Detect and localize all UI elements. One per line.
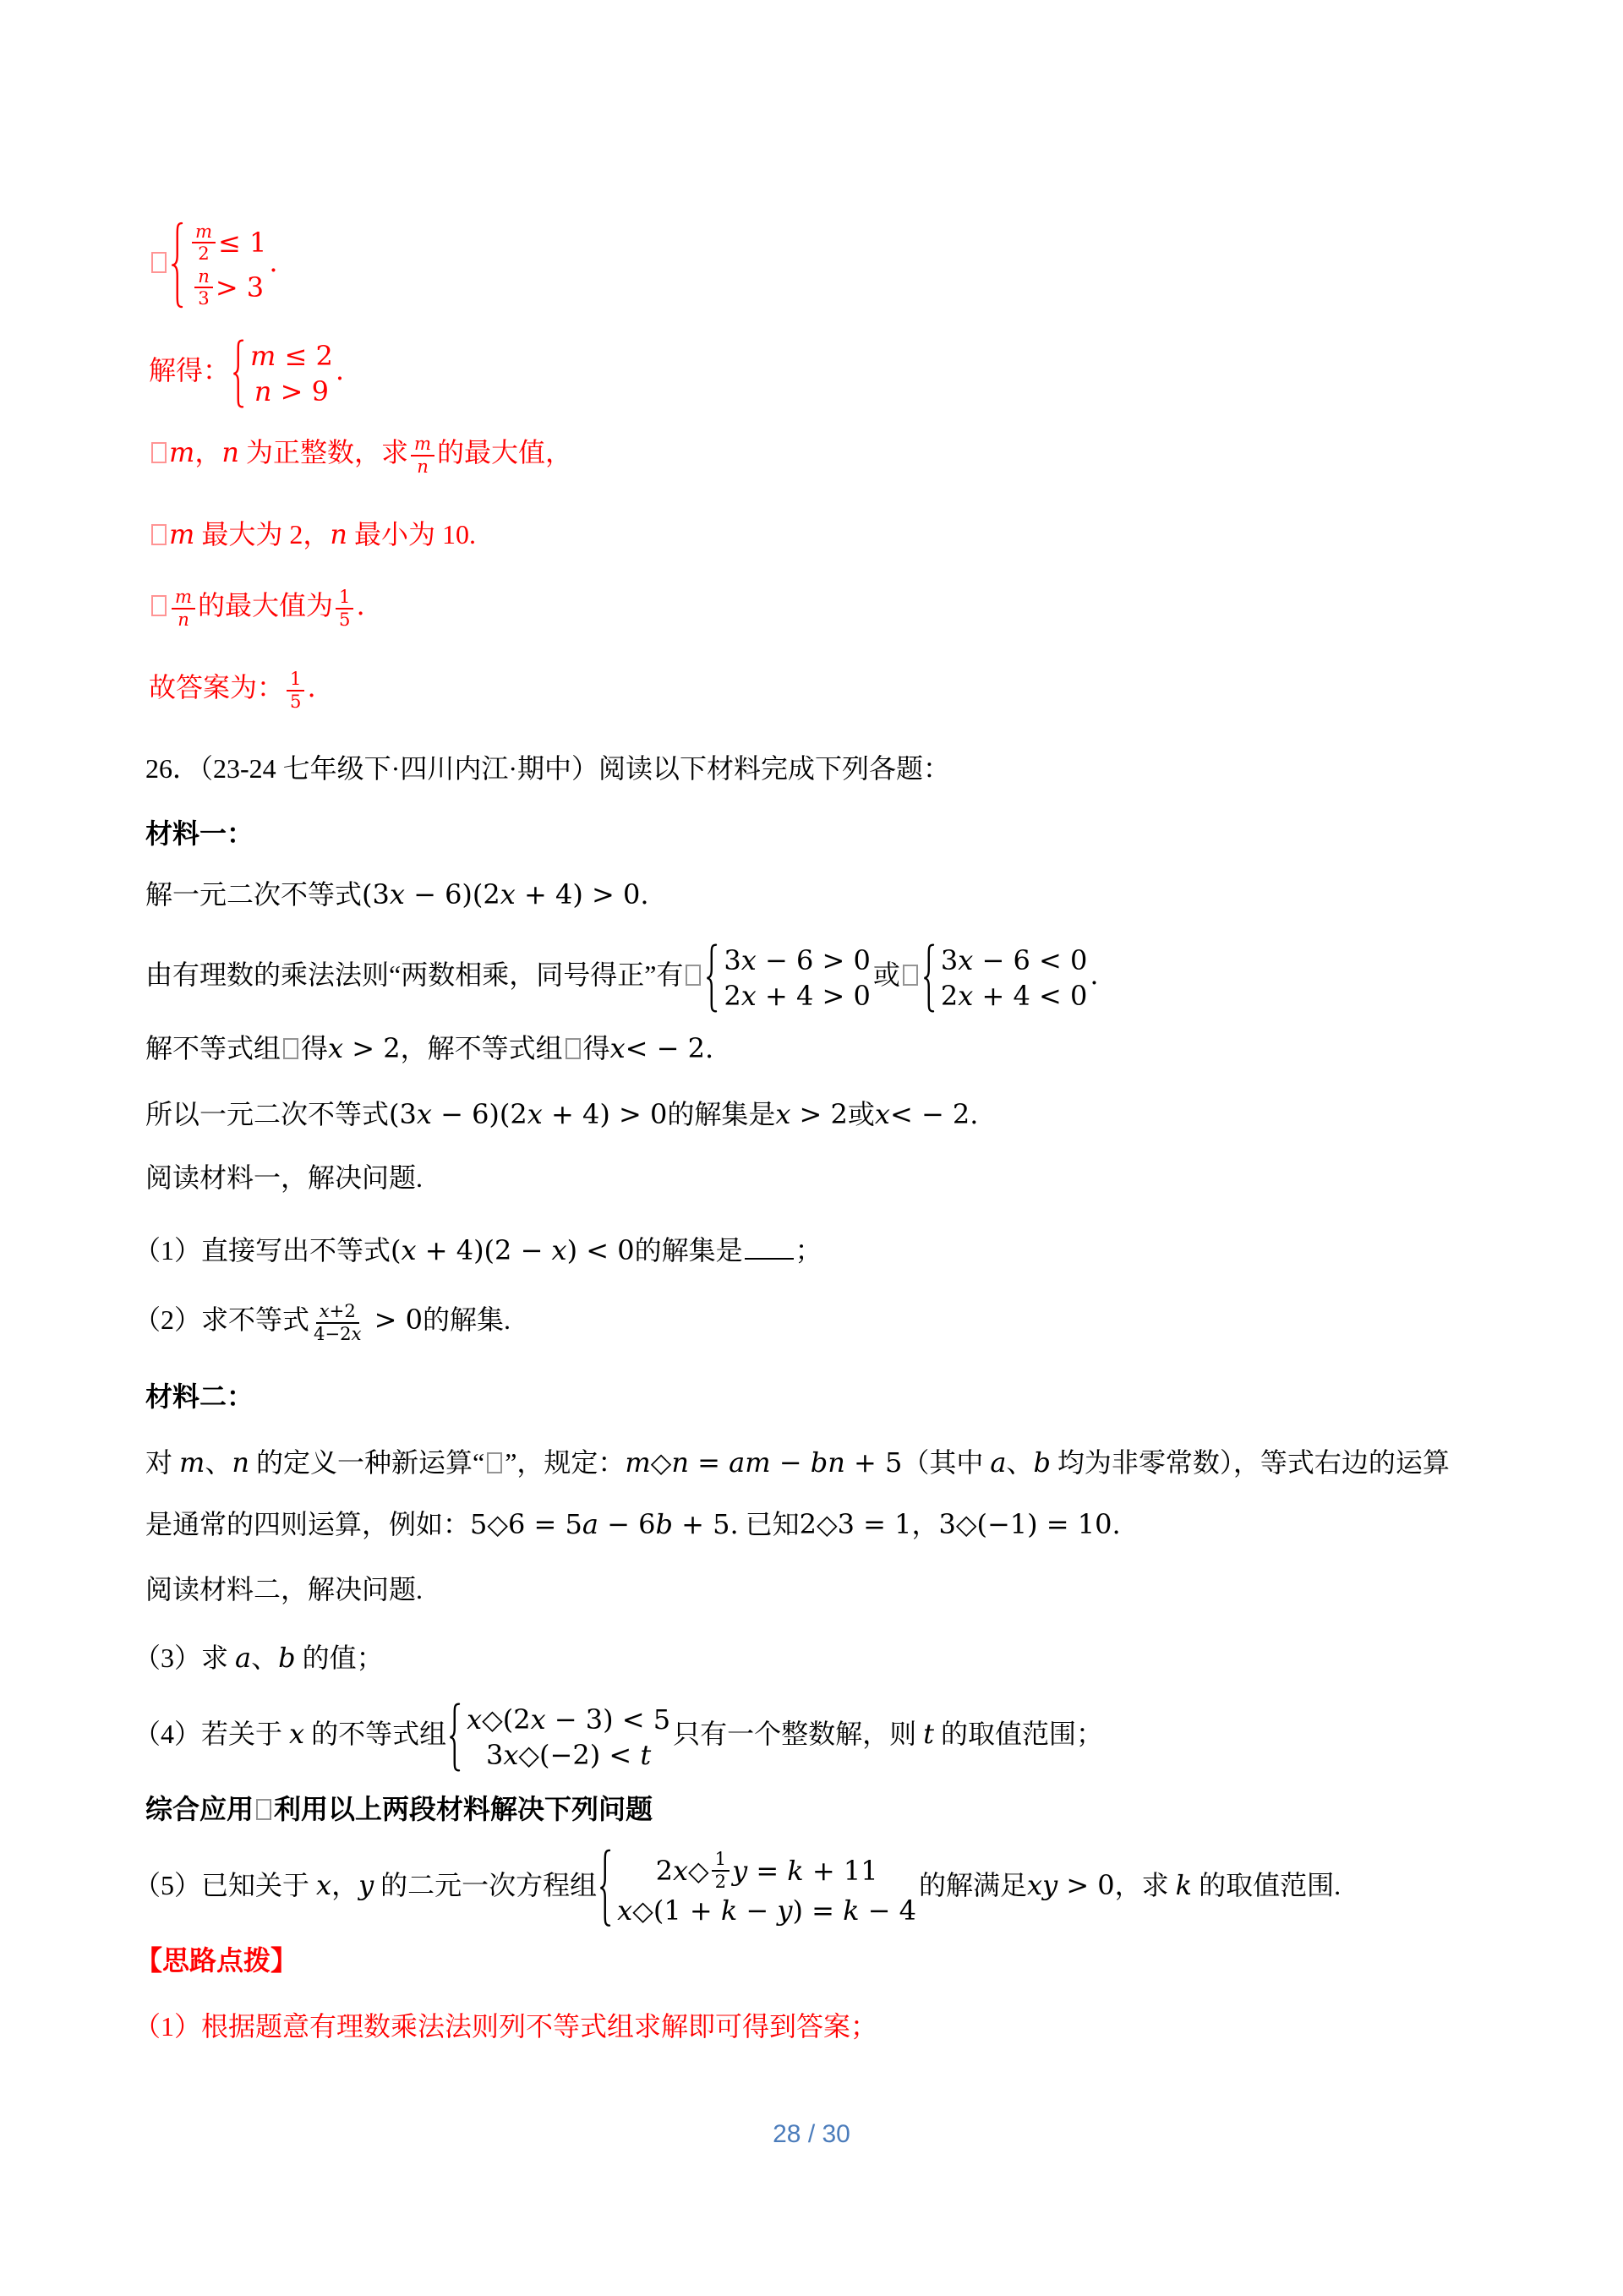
fraction: m2 bbox=[192, 221, 216, 265]
math-variable: m bbox=[169, 436, 194, 468]
math-text: . bbox=[336, 354, 344, 386]
math-literal: 2 bbox=[656, 1855, 673, 1887]
text-run: 26．（23-24 七年级下·四川内江·期中）阅读以下材料完成下列各题： bbox=[145, 753, 950, 784]
text-run: （1）根据题意有理数乘法法则列不等式组求解即可得到答案； bbox=[134, 2011, 877, 2042]
math-text: y bbox=[358, 1869, 374, 1901]
math-text: 2x + 4 > 0 bbox=[724, 979, 870, 1013]
math-text: (x + 4)(2 − x) < 0 bbox=[391, 1234, 635, 1266]
positive-integer-condition: m，n 为正整数，求mn的最大值， bbox=[149, 423, 572, 482]
text-run: （3）求 bbox=[134, 1643, 235, 1673]
text-run: 的取值范围. bbox=[1192, 1870, 1341, 1900]
math-literal: − 6 bbox=[598, 1508, 656, 1540]
solve-systems-results: 解不等式组得x > 2，解不等式组得x< − 2. bbox=[145, 1029, 713, 1068]
math-text: 2x◇ bbox=[656, 1854, 709, 1888]
text-run: 利用以上两段材料解决下列问题 bbox=[274, 1794, 653, 1824]
math-literal: 2 bbox=[198, 243, 209, 264]
math-literal: . bbox=[356, 589, 364, 621]
math-variable: y bbox=[358, 1869, 374, 1901]
math-literal: = bbox=[747, 1855, 787, 1887]
system-row: 2x + 4 > 0 bbox=[724, 979, 870, 1013]
fraction-numerator: 1 bbox=[287, 669, 304, 691]
math-variable: x bbox=[610, 1032, 626, 1064]
math-text: m bbox=[179, 1446, 205, 1479]
math-text: m bbox=[169, 518, 194, 550]
math-text: n bbox=[330, 518, 347, 550]
math-text: 3 bbox=[198, 287, 209, 309]
math-variable: bn bbox=[811, 1446, 845, 1479]
system-row: n3 > 3 bbox=[192, 266, 264, 309]
math-literal: + 4) > 0. bbox=[516, 878, 649, 910]
math-text: (3x − 6)(2x + 4) > 0 bbox=[389, 1098, 667, 1130]
text-run: 的定义一种新运算“ bbox=[249, 1447, 484, 1478]
math-variable: n bbox=[671, 1446, 689, 1479]
math-literal: . bbox=[269, 246, 277, 278]
math-literal: 1 bbox=[290, 668, 301, 689]
math-literal: + 4) > 0 bbox=[543, 1098, 668, 1130]
math-literal: = bbox=[689, 1446, 729, 1479]
fraction-denominator: n bbox=[176, 610, 191, 630]
math-literal: ) < 0 bbox=[567, 1234, 635, 1266]
fraction-numerator: n bbox=[194, 266, 213, 288]
brace-icon bbox=[599, 1849, 612, 1927]
math-text: 1 bbox=[715, 1848, 726, 1869]
system-rows: x◇(2x − 3) < 53x◇(−2) < t bbox=[467, 1703, 670, 1772]
text-run: 或 bbox=[848, 1099, 875, 1129]
math-variable: x bbox=[673, 1855, 688, 1887]
system-row: m ≤ 2 bbox=[250, 339, 333, 373]
equation-system: 3x − 6 > 02x + 4 > 0 bbox=[706, 943, 870, 1013]
math-literal: − 3) < 5 bbox=[546, 1703, 671, 1736]
math-variable: x bbox=[775, 1098, 790, 1130]
text-run: 的不等式组 bbox=[304, 1719, 446, 1749]
fraction: 12 bbox=[712, 1849, 730, 1892]
math-literal: − bbox=[737, 1894, 777, 1927]
math-text: x◇(2x − 3) < 5 bbox=[467, 1703, 670, 1736]
math-variable: k bbox=[843, 1894, 859, 1927]
material-2-definition: 对 m、n 的定义一种新运算“”，规定：m◇n = am − bn + 5（其中… bbox=[145, 1443, 1450, 1482]
math-text: . bbox=[307, 671, 315, 703]
solution-set-conclusion: 所以一元二次不等式(3x − 6)(2x + 4) > 0的解集是x > 2或x… bbox=[145, 1095, 978, 1134]
math-variable: n bbox=[178, 609, 189, 630]
math-text: n bbox=[232, 1446, 249, 1479]
math-variable: n bbox=[417, 456, 429, 477]
text-run: ，求 bbox=[1115, 1870, 1176, 1900]
fraction-numerator: x+2 bbox=[316, 1301, 359, 1323]
fraction: x+24−2x bbox=[312, 1301, 363, 1344]
math-text: x bbox=[289, 1718, 304, 1750]
material-2-heading: 材料二： bbox=[145, 1377, 254, 1416]
text-run: （1）直接写出不等式 bbox=[134, 1235, 391, 1266]
question-3: （3）求 a、b 的值； bbox=[134, 1637, 384, 1678]
max-fraction-value: mn的最大值为15. bbox=[149, 575, 365, 636]
math-literal: + 5. bbox=[673, 1508, 739, 1540]
math-text: m bbox=[414, 433, 431, 454]
text-run: 材料一： bbox=[145, 818, 254, 849]
math-text: x bbox=[316, 1869, 331, 1901]
missing-glyph-box bbox=[151, 442, 167, 463]
math-variable: n bbox=[330, 518, 347, 550]
text-run: 阅读材料二，解决问题. bbox=[145, 1574, 423, 1604]
text-run: ； bbox=[795, 1235, 822, 1266]
missing-glyph-box bbox=[256, 1799, 271, 1820]
math-text: b bbox=[278, 1642, 295, 1674]
math-text: x > 2 bbox=[775, 1098, 848, 1130]
multiplication-rule-systems: 由有理数的乘法法则“两数相乘，同号得正”有3x − 6 > 02x + 4 > … bbox=[145, 930, 1098, 1020]
math-variable: x bbox=[741, 980, 757, 1012]
math-variable: n bbox=[232, 1446, 249, 1479]
math-variable: x bbox=[500, 878, 516, 910]
math-text: x< − 2. bbox=[610, 1032, 714, 1064]
text-run: 综合应用 bbox=[145, 1794, 254, 1824]
math-literal: ≤ 1 bbox=[218, 227, 266, 259]
system-rows: m2 ≤ 1n3 > 3 bbox=[189, 221, 266, 309]
read-material-1: 阅读材料一，解决问题. bbox=[145, 1158, 423, 1197]
fraction-denominator: n bbox=[415, 456, 430, 477]
equation-system: 2x◇12y = k + 11x◇(1 + k − y) = k − 4 bbox=[599, 1849, 916, 1927]
text-run: ， bbox=[194, 437, 221, 467]
material-2-example: 是通常的四则运算，例如：5◇6 = 5a − 6b + 5. 已知2◇3 = 1… bbox=[145, 1505, 1121, 1544]
system-row: 3x◇(−2) < t bbox=[486, 1738, 651, 1772]
math-text: > 3 bbox=[216, 271, 264, 304]
math-text: m bbox=[195, 221, 212, 242]
math-variable: x bbox=[289, 1718, 304, 1750]
question-1: （1）直接写出不等式(x + 4)(2 − x) < 0的解集是； bbox=[134, 1230, 822, 1271]
math-literal: 2 bbox=[715, 1871, 726, 1892]
fraction-denominator: 4−2x bbox=[312, 1324, 363, 1344]
missing-glyph-box bbox=[151, 595, 167, 616]
math-text: 3x − 6 > 0 bbox=[724, 943, 870, 977]
text-run: 的解集是 bbox=[635, 1235, 743, 1266]
math-text: ≤ 1 bbox=[218, 226, 266, 260]
math-text: 3x◇(−2) < t bbox=[486, 1738, 651, 1772]
math-literal: > 3 bbox=[216, 271, 264, 303]
math-variable: x bbox=[875, 1098, 890, 1130]
math-text: y = k + 11 bbox=[732, 1854, 878, 1888]
math-text: a bbox=[990, 1446, 1006, 1479]
system-rows: m ≤ 2n > 9 bbox=[250, 339, 333, 408]
system-row: x◇(1 + k − y) = k − 4 bbox=[617, 1894, 916, 1927]
missing-glyph-box bbox=[151, 524, 167, 545]
red-deduction-system: m2 ≤ 1n3 > 3. bbox=[149, 203, 278, 321]
math-literal: 5 bbox=[339, 609, 350, 630]
final-answer: 故答案为：15. bbox=[149, 658, 316, 717]
math-variable: m bbox=[179, 1446, 205, 1479]
fraction-numerator: 1 bbox=[712, 1849, 730, 1871]
text-run: 由有理数的乘法法则“两数相乘，同号得正”有 bbox=[145, 959, 683, 990]
math-text: 1 bbox=[339, 586, 350, 607]
math-literal: < − 2. bbox=[626, 1032, 714, 1064]
system-row: 3x − 6 < 0 bbox=[941, 943, 1087, 977]
math-text: (3x − 6)(2x + 4) > 0. bbox=[362, 878, 648, 910]
question-4: （4）若关于 x 的不等式组x◇(2x − 3) < 53x◇(−2) < t只… bbox=[134, 1686, 1103, 1781]
math-literal: 1 bbox=[715, 1848, 726, 1869]
missing-glyph-box bbox=[566, 1038, 581, 1059]
math-text: m◇n = am − bn + 5 bbox=[625, 1446, 902, 1479]
text-run: 对 bbox=[145, 1447, 179, 1478]
brace-icon bbox=[232, 339, 245, 408]
math-literal: 4−2 bbox=[314, 1323, 352, 1344]
math-variable: t bbox=[923, 1718, 934, 1750]
document-page: { "colors": { "red": "#fe0000", "ink": "… bbox=[0, 0, 1623, 2296]
math-text: n bbox=[178, 609, 189, 630]
math-text: 1 bbox=[290, 668, 301, 689]
system-row: 2x + 4 < 0 bbox=[941, 979, 1087, 1013]
text-run: 解不等式组 bbox=[145, 1033, 281, 1063]
text-run: 解得： bbox=[149, 355, 230, 385]
fraction-denominator: 2 bbox=[196, 243, 210, 264]
fraction-denominator: 5 bbox=[337, 610, 352, 630]
fraction-denominator: 3 bbox=[196, 288, 210, 309]
math-text: m bbox=[169, 436, 194, 468]
math-variable: a bbox=[235, 1642, 251, 1674]
math-literal: − 4 bbox=[859, 1894, 916, 1927]
text-run: 故答案为： bbox=[149, 672, 284, 702]
math-text: 5 bbox=[290, 691, 301, 712]
math-literal: 2 bbox=[724, 980, 740, 1012]
math-text: 2 bbox=[715, 1871, 726, 1892]
math-literal: (3 bbox=[362, 878, 390, 910]
text-run: 为正整数，求 bbox=[239, 437, 408, 467]
text-run: 、 bbox=[1006, 1447, 1033, 1478]
text-run: 已知 bbox=[739, 1509, 800, 1539]
math-variable: m bbox=[250, 340, 276, 372]
missing-glyph-box bbox=[903, 965, 918, 986]
math-variable: x bbox=[741, 944, 757, 976]
math-text: x+2 bbox=[320, 1300, 356, 1321]
math-literal: + 11 bbox=[804, 1855, 878, 1887]
equation-system: m2 ≤ 1n3 > 3 bbox=[172, 221, 266, 309]
math-text: n bbox=[221, 436, 239, 468]
math-text: k bbox=[1176, 1869, 1192, 1901]
math-variable: k bbox=[1176, 1869, 1192, 1901]
math-variable: m bbox=[625, 1446, 650, 1479]
math-text: m ≤ 2 bbox=[250, 339, 333, 373]
text-run: （2）求不等式 bbox=[134, 1304, 309, 1335]
equation-system: x◇(2x − 3) < 53x◇(−2) < t bbox=[449, 1703, 670, 1772]
missing-glyph-box bbox=[686, 965, 701, 986]
text-run: ， bbox=[911, 1509, 938, 1539]
math-literal: + 4)(2 − bbox=[417, 1234, 552, 1266]
math-text: xy > 0 bbox=[1027, 1869, 1115, 1901]
math-variable: n bbox=[221, 436, 239, 468]
math-variable: x bbox=[552, 1234, 567, 1266]
math-text: 5 bbox=[339, 609, 350, 630]
math-text: 2x + 4 < 0 bbox=[941, 979, 1087, 1013]
math-literal: ◇ bbox=[651, 1446, 672, 1479]
math-literal: (3 bbox=[389, 1098, 417, 1130]
math-text: n bbox=[198, 265, 210, 287]
text-run: 是通常的四则运算，例如： bbox=[145, 1509, 470, 1539]
math-variable: n bbox=[198, 265, 210, 287]
math-text: 2◇3 = 1 bbox=[800, 1508, 912, 1540]
math-text: x > 2 bbox=[328, 1032, 401, 1064]
math-text: t bbox=[923, 1718, 934, 1750]
text-run: 最小为 10. bbox=[347, 519, 476, 549]
math-variable: x bbox=[527, 1098, 543, 1130]
system-row: n > 9 bbox=[254, 374, 329, 408]
math-variable: n bbox=[254, 375, 272, 407]
math-text: . bbox=[356, 589, 364, 621]
math-literal: > 2 bbox=[343, 1032, 401, 1064]
math-literal: + 5 bbox=[845, 1446, 903, 1479]
missing-glyph-box bbox=[151, 252, 167, 273]
math-variable: x bbox=[320, 1300, 330, 1321]
text-run: 的二元一次方程组 bbox=[374, 1870, 597, 1900]
thinking-tips-heading: 【思路点拨】 bbox=[135, 1940, 298, 1981]
math-text: x◇(1 + k − y) = k − 4 bbox=[617, 1894, 916, 1927]
text-run: 的解满足 bbox=[919, 1870, 1027, 1900]
math-literal: > 0 bbox=[365, 1304, 423, 1336]
math-variable: b bbox=[278, 1642, 295, 1674]
text-run: 最大为 2， bbox=[194, 519, 330, 549]
math-variable: x bbox=[958, 944, 973, 976]
fraction-denominator: 2 bbox=[713, 1872, 728, 1892]
math-variable: m bbox=[175, 586, 192, 607]
text-run: ，解不等式组 bbox=[401, 1033, 563, 1063]
math-variable: m bbox=[195, 221, 212, 242]
math-literal: ( bbox=[391, 1234, 401, 1266]
text-run: ， bbox=[331, 1870, 358, 1900]
text-run: （4）若关于 bbox=[134, 1719, 289, 1749]
math-variable: a bbox=[582, 1508, 598, 1540]
math-text: n > 9 bbox=[254, 374, 329, 408]
answer-blank-underline bbox=[745, 1254, 794, 1260]
math-variable: k bbox=[787, 1855, 803, 1887]
math-literal: . bbox=[307, 671, 315, 703]
fraction-numerator: m bbox=[172, 587, 195, 609]
system-row: m2 ≤ 1 bbox=[189, 221, 266, 265]
fraction-numerator: m bbox=[192, 221, 216, 243]
missing-glyph-box bbox=[487, 1452, 502, 1473]
text-run: 、 bbox=[205, 1447, 232, 1478]
math-text: n bbox=[417, 456, 429, 477]
fraction: mn bbox=[172, 587, 195, 630]
math-text: 3x − 6 < 0 bbox=[941, 943, 1087, 977]
material-1-intro: 解一元二次不等式(3x − 6)(2x + 4) > 0. bbox=[145, 875, 648, 914]
math-literal: ) = bbox=[792, 1894, 843, 1927]
math-literal: − 6)(2 bbox=[432, 1098, 527, 1130]
text-run: 、 bbox=[251, 1643, 278, 1673]
math-text: 4−2x bbox=[314, 1323, 361, 1344]
math-variable: x bbox=[316, 1869, 331, 1901]
math-variable: x bbox=[352, 1323, 362, 1344]
text-run: 的最大值为 bbox=[198, 590, 333, 620]
math-literal: < − 2. bbox=[890, 1098, 979, 1130]
text-run: 得 bbox=[301, 1033, 328, 1063]
math-literal: +2 bbox=[330, 1300, 356, 1321]
read-material-2: 阅读材料二，解决问题. bbox=[145, 1570, 423, 1609]
math-variable: m bbox=[169, 518, 194, 550]
text-run: 【思路点拨】 bbox=[135, 1945, 298, 1976]
fraction: 15 bbox=[287, 669, 304, 712]
math-text: 2 bbox=[198, 243, 209, 264]
solve-result-system: 解得：m ≤ 2n > 9. bbox=[149, 328, 344, 413]
math-variable: x bbox=[467, 1703, 482, 1736]
math-literal: > 9 bbox=[271, 375, 329, 407]
math-literal: > 0 bbox=[1057, 1869, 1115, 1901]
text-run: 只有一个整数解，则 bbox=[673, 1719, 923, 1749]
text-run: 均为非零常数），等式右边的运算 bbox=[1051, 1447, 1450, 1478]
text-run: （其中 bbox=[902, 1447, 990, 1478]
math-text: x< − 2. bbox=[875, 1098, 979, 1130]
math-literal: − 6 < 0 bbox=[973, 944, 1087, 976]
math-variable: x bbox=[328, 1032, 343, 1064]
text-run: 的解集是 bbox=[667, 1099, 775, 1129]
math-text: m bbox=[175, 586, 192, 607]
math-literal: 5 bbox=[290, 691, 301, 712]
question-2: （2）求不等式x+24−2x > 0的解集. bbox=[134, 1287, 511, 1353]
question-5: （5）已知关于 x，y 的二元一次方程组2x◇12y = k + 11x◇(1 … bbox=[134, 1823, 1341, 1948]
math-literal: 1 bbox=[339, 586, 350, 607]
system-rows: 2x◇12y = k + 11x◇(1 + k − y) = k − 4 bbox=[617, 1849, 916, 1927]
math-variable: t bbox=[640, 1739, 651, 1771]
math-literal: 3 bbox=[724, 944, 740, 976]
system-row: 3x − 6 > 0 bbox=[724, 943, 870, 977]
math-variable: x bbox=[617, 1894, 632, 1927]
material-1-heading: 材料一： bbox=[145, 814, 254, 853]
system-rows: 3x − 6 > 02x + 4 > 0 bbox=[724, 943, 870, 1013]
math-variable: xy bbox=[1027, 1869, 1057, 1901]
math-variable: m bbox=[414, 433, 431, 454]
brace-icon bbox=[449, 1703, 462, 1772]
math-variable: x bbox=[402, 1234, 417, 1266]
text-run: 的最大值， bbox=[437, 437, 572, 467]
max-min-values: m 最大为 2，n 最小为 10. bbox=[149, 514, 476, 555]
math-text: . bbox=[269, 246, 277, 278]
math-literal: ≤ 2 bbox=[276, 340, 333, 372]
math-literal: ◇(−2) < bbox=[518, 1739, 640, 1771]
math-variable: x bbox=[531, 1703, 546, 1736]
brace-icon bbox=[923, 943, 936, 1013]
math-literal: ◇ bbox=[688, 1855, 709, 1887]
text-run: 的解集. bbox=[423, 1304, 511, 1335]
math-variable: k bbox=[721, 1894, 737, 1927]
system-row: x◇(2x − 3) < 5 bbox=[467, 1703, 670, 1736]
math-literal: ◇(2 bbox=[482, 1703, 530, 1736]
math-literal: + 4 > 0 bbox=[757, 980, 871, 1012]
system-rows: 3x − 6 < 02x + 4 < 0 bbox=[941, 943, 1087, 1013]
tip-1: （1）根据题意有理数乘法法则列不等式组求解即可得到答案； bbox=[134, 2007, 877, 2046]
math-literal: 3◇(−1) = 10. bbox=[939, 1508, 1121, 1540]
math-text: b bbox=[1033, 1446, 1050, 1479]
math-literal: . bbox=[336, 354, 344, 386]
math-variable: y bbox=[732, 1855, 747, 1887]
fraction-numerator: m bbox=[411, 434, 434, 456]
math-literal: 3 bbox=[941, 944, 958, 976]
text-run: 所以一元二次不等式 bbox=[145, 1099, 389, 1129]
text-run: 或 bbox=[873, 959, 900, 990]
fraction-numerator: 1 bbox=[336, 587, 353, 609]
math-variable: b bbox=[655, 1508, 672, 1540]
math-variable: x bbox=[390, 878, 405, 910]
math-literal: − bbox=[771, 1446, 811, 1479]
system-row: 2x◇12y = k + 11 bbox=[656, 1849, 878, 1892]
fraction: n3 bbox=[194, 266, 213, 309]
math-literal: 5◇6 = 5 bbox=[470, 1508, 582, 1540]
text-run: （5）已知关于 bbox=[134, 1870, 316, 1900]
math-literal: 2 bbox=[941, 980, 958, 1012]
equation-system: m ≤ 2n > 9 bbox=[232, 339, 333, 408]
text-run: 的值； bbox=[296, 1643, 384, 1673]
math-variable: b bbox=[1033, 1446, 1050, 1479]
math-literal: > 2 bbox=[790, 1098, 848, 1130]
brace-icon bbox=[172, 221, 184, 309]
text-run: 得 bbox=[583, 1033, 610, 1063]
math-text: 3◇(−1) = 10. bbox=[939, 1508, 1121, 1540]
math-literal: 2◇3 = 1 bbox=[800, 1508, 912, 1540]
math-text: . bbox=[1090, 959, 1098, 991]
text-run: 材料二： bbox=[145, 1381, 254, 1412]
